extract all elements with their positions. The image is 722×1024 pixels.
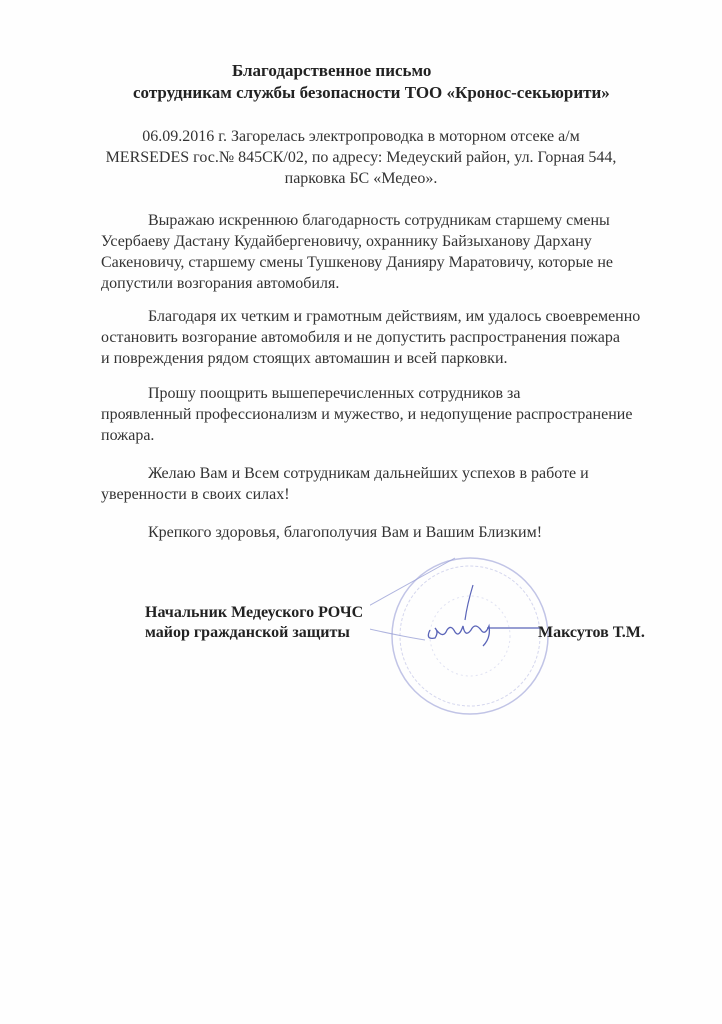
paragraph-2-line-1: Благодаря их четким и грамотным действия… <box>148 306 640 327</box>
paragraph-3-line-2: проявленный профессионализм и мужество, … <box>101 404 632 425</box>
paragraph-2-line-3: и повреждения рядом стоящих автомашин и … <box>101 348 508 369</box>
paragraph-3-line-3: пожара. <box>101 425 154 446</box>
paragraph-5-line-1: Крепкого здоровья, благополучия Вам и Ва… <box>148 522 542 543</box>
paragraph-4-line-1: Желаю Вам и Всем сотрудникам дальнейших … <box>148 463 589 484</box>
signatory-position-line-2: майор гражданской защиты <box>145 623 350 643</box>
incident-line-2: MERSEDES гос.№ 845СК/02, по адресу: Меде… <box>0 147 722 168</box>
paragraph-1-line-4: допустили возгорания автомобиля. <box>101 273 339 294</box>
title-line-1: Благодарственное письмо <box>0 60 722 82</box>
paragraph-1-line-3: Сакеновичу, старшему смены Тушкенову Дан… <box>101 252 613 273</box>
signatory-position-line-1: Начальник Медеуского РОЧС <box>145 603 363 623</box>
letter-page: Благодарственное письмо сотрудникам служ… <box>0 0 722 1024</box>
title-line-2: сотрудникам службы безопасности ТОО «Кро… <box>0 82 722 104</box>
signature-icon <box>415 580 545 660</box>
paragraph-2-line-2: остановить возгорание автомобиля и не до… <box>101 327 620 348</box>
letter-title: Благодарственное письмо сотрудникам служ… <box>0 60 722 104</box>
incident-line-1: 06.09.2016 г. Загорелась электропроводка… <box>0 126 722 147</box>
paragraph-1-line-1: Выражаю искреннюю благодарность сотрудни… <box>148 210 610 231</box>
paragraph-3-line-1: Прошу поощрить вышеперечисленных сотрудн… <box>148 383 520 404</box>
paragraph-4-line-2: уверенности в своих силах! <box>101 484 290 505</box>
paragraph-1-line-2: Усербаеву Дастану Кудайбергеновичу, охра… <box>101 231 592 252</box>
signatory-name: Максутов Т.М. <box>538 623 645 643</box>
incident-line-3: парковка БС «Медео». <box>0 168 722 189</box>
